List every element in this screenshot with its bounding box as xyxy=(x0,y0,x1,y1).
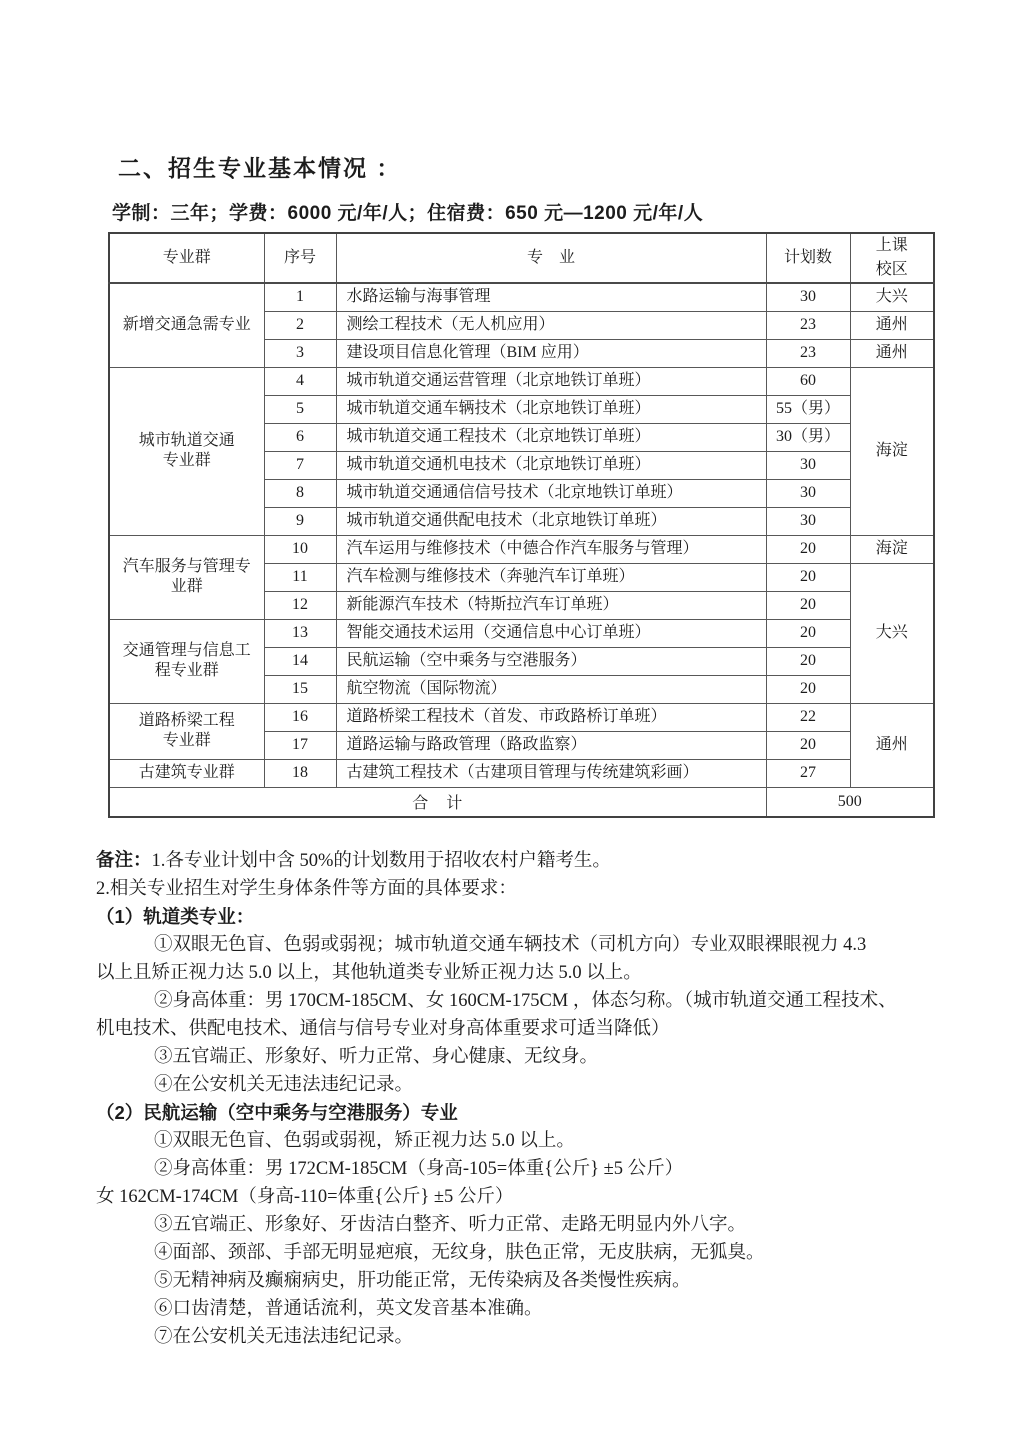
section-title: 二、招生专业基本情况 ： xyxy=(118,150,941,183)
major-name-cell: 新能源汽车技术（特斯拉汽车订单班） xyxy=(336,591,766,619)
major-name-cell: 道路运输与路政管理（路政监察） xyxy=(336,731,766,759)
notes-label: 备注： xyxy=(96,849,152,870)
serial-no-cell: 3 xyxy=(264,339,336,367)
major-group-cell: 古建筑专业群 xyxy=(109,759,264,787)
major-name-cell: 城市轨道交通机电技术（北京地铁订单班） xyxy=(336,451,766,479)
note-line: 2.相关专业招生对学生身体条件等方面的具体要求： xyxy=(96,875,941,903)
campus-cell: 海淀 xyxy=(850,535,934,563)
notes-section: 备注：1.各专业计划中含 50%的计划数用于招收农村户籍考生。 2.相关专业招生… xyxy=(96,846,941,1351)
table-row: 城市轨道交通 专业群4城市轨道交通运营管理（北京地铁订单班）60海淀 xyxy=(109,367,934,395)
plan-count-cell: 30（男） xyxy=(766,423,850,451)
major-name-cell: 民航运输（空中乘务与空港服务） xyxy=(336,647,766,675)
total-row: 合 计 500 xyxy=(109,787,934,817)
serial-no-cell: 13 xyxy=(264,619,336,647)
major-group-cell: 道路桥梁工程 专业群 xyxy=(109,703,264,759)
note-text: 1.各专业计划中含 50%的计划数用于招收农村户籍考生。 xyxy=(152,851,611,871)
note-line: ②身高体重：男 170CM-185CM、女 160CM-175CM ，体态匀称。… xyxy=(96,987,941,1043)
plan-count-cell: 20 xyxy=(766,675,850,703)
major-name-cell: 城市轨道交通车辆技术（北京地铁订单班） xyxy=(336,395,766,423)
major-name-cell: 汽车检测与维修技术（奔驰汽车订单班） xyxy=(336,563,766,591)
total-value: 500 xyxy=(766,787,934,817)
campus-cell: 通州 xyxy=(850,703,934,787)
serial-no-cell: 15 xyxy=(264,675,336,703)
serial-no-cell: 9 xyxy=(264,507,336,535)
major-name-cell: 城市轨道交通供配电技术（北京地铁订单班） xyxy=(336,507,766,535)
major-name-cell: 测绘工程技术（无人机应用） xyxy=(336,311,766,339)
header-major: 专 业 xyxy=(336,233,766,283)
major-name-cell: 道路桥梁工程技术（首发、市政路桥订单班） xyxy=(336,703,766,731)
plan-count-cell: 30 xyxy=(766,479,850,507)
note-line: ③五官端正、形象好、听力正常、身心健康、无纹身。 xyxy=(96,1043,941,1071)
note-line: ⑤无精神病及癫痫病史，肝功能正常，无传染病及各类慢性疾病。 xyxy=(96,1267,941,1295)
note-line: ②身高体重：男 172CM-185CM（身高-105=体重{公斤} ±5 公斤） xyxy=(96,1155,941,1183)
table-row: 汽车服务与管理专 业群10汽车运用与维修技术（中德合作汽车服务与管理）20海淀 xyxy=(109,535,934,563)
total-label: 合 计 xyxy=(109,787,766,817)
note-line: ①双眼无色盲、色弱或弱视；城市轨道交通车辆技术（司机方向）专业双眼裸眼视力 4.… xyxy=(96,931,941,987)
table-row: 古建筑专业群18古建筑工程技术（古建项目管理与传统建筑彩画）27 xyxy=(109,759,934,787)
serial-no-cell: 5 xyxy=(264,395,336,423)
major-group-cell: 城市轨道交通 专业群 xyxy=(109,367,264,535)
major-name-cell: 汽车运用与维修技术（中德合作汽车服务与管理） xyxy=(336,535,766,563)
serial-no-cell: 17 xyxy=(264,731,336,759)
serial-no-cell: 14 xyxy=(264,647,336,675)
fees-line: 学制：三年；学费：6000 元/年/人；住宿费：650 元—1200 元/年/人 xyxy=(112,198,941,225)
enrollment-plan-table: 专业群 序号 专 业 计划数 上课 校区 新增交通急需专业1水路运输与海事管理3… xyxy=(108,232,935,818)
header-campus: 上课 校区 xyxy=(850,233,934,283)
note-line: ⑥口齿清楚，普通话流利，英文发音基本准确。 xyxy=(96,1295,941,1323)
plan-count-cell: 20 xyxy=(766,619,850,647)
plan-count-cell: 30 xyxy=(766,283,850,311)
document-page: 二、招生专业基本情况 ： 学制：三年；学费：6000 元/年/人；住宿费：650… xyxy=(0,0,1024,1351)
campus-cell: 通州 xyxy=(850,339,934,367)
table-row: 新增交通急需专业1水路运输与海事管理30大兴 xyxy=(109,283,934,311)
header-major-group: 专业群 xyxy=(109,233,264,283)
serial-no-cell: 16 xyxy=(264,703,336,731)
plan-count-cell: 22 xyxy=(766,703,850,731)
serial-no-cell: 7 xyxy=(264,451,336,479)
major-name-cell: 智能交通技术运用（交通信息中心订单班） xyxy=(336,619,766,647)
campus-cell: 大兴 xyxy=(850,563,934,703)
major-name-cell: 城市轨道交通运营管理（北京地铁订单班） xyxy=(336,367,766,395)
major-name-cell: 城市轨道交通工程技术（北京地铁订单班） xyxy=(336,423,766,451)
campus-cell: 海淀 xyxy=(850,367,934,535)
plan-count-cell: 23 xyxy=(766,311,850,339)
plan-table-body: 新增交通急需专业1水路运输与海事管理30大兴2测绘工程技术（无人机应用）23通州… xyxy=(109,283,934,787)
note-line: ③五官端正、形象好、牙齿洁白整齐、听力正常、走路无明显内外八字。 xyxy=(96,1211,941,1239)
note-line: ④在公安机关无违法违纪记录。 xyxy=(96,1071,941,1099)
note-line: （2）民航运输（空中乘务与空港服务）专业 xyxy=(96,1099,941,1127)
note-line: ①双眼无色盲、色弱或弱视，矫正视力达 5.0 以上。 xyxy=(96,1127,941,1155)
note-line: （1）轨道类专业： xyxy=(96,903,941,931)
major-name-cell: 城市轨道交通通信信号技术（北京地铁订单班） xyxy=(336,479,766,507)
major-name-cell: 建设项目信息化管理（BIM 应用） xyxy=(336,339,766,367)
major-group-cell: 汽车服务与管理专 业群 xyxy=(109,535,264,619)
major-name-cell: 水路运输与海事管理 xyxy=(336,283,766,311)
serial-no-cell: 10 xyxy=(264,535,336,563)
serial-no-cell: 1 xyxy=(264,283,336,311)
plan-count-cell: 20 xyxy=(766,591,850,619)
campus-cell: 通州 xyxy=(850,311,934,339)
plan-count-cell: 30 xyxy=(766,451,850,479)
major-name-cell: 古建筑工程技术（古建项目管理与传统建筑彩画） xyxy=(336,759,766,787)
plan-count-cell: 30 xyxy=(766,507,850,535)
plan-count-cell: 55（男） xyxy=(766,395,850,423)
plan-count-cell: 20 xyxy=(766,731,850,759)
serial-no-cell: 6 xyxy=(264,423,336,451)
serial-no-cell: 4 xyxy=(264,367,336,395)
serial-no-cell: 11 xyxy=(264,563,336,591)
serial-no-cell: 8 xyxy=(264,479,336,507)
plan-count-cell: 60 xyxy=(766,367,850,395)
campus-cell: 大兴 xyxy=(850,283,934,311)
major-name-cell: 航空物流（国际物流） xyxy=(336,675,766,703)
note-line: 女 162CM-174CM（身高-110=体重{公斤} ±5 公斤） xyxy=(96,1183,941,1211)
serial-no-cell: 12 xyxy=(264,591,336,619)
header-plan-count: 计划数 xyxy=(766,233,850,283)
plan-count-cell: 20 xyxy=(766,535,850,563)
plan-count-cell: 20 xyxy=(766,563,850,591)
serial-no-cell: 18 xyxy=(264,759,336,787)
table-row: 交通管理与信息工 程专业群13智能交通技术运用（交通信息中心订单班）20 xyxy=(109,619,934,647)
note-line: ⑦在公安机关无违法违纪记录。 xyxy=(96,1323,941,1351)
major-group-cell: 新增交通急需专业 xyxy=(109,283,264,367)
note-line: 备注：1.各专业计划中含 50%的计划数用于招收农村户籍考生。 xyxy=(96,846,941,875)
table-row: 道路桥梁工程 专业群16道路桥梁工程技术（首发、市政路桥订单班）22通州 xyxy=(109,703,934,731)
major-group-cell: 交通管理与信息工 程专业群 xyxy=(109,619,264,703)
plan-count-cell: 27 xyxy=(766,759,850,787)
serial-no-cell: 2 xyxy=(264,311,336,339)
header-serial-no: 序号 xyxy=(264,233,336,283)
table-header-row: 专业群 序号 专 业 计划数 上课 校区 xyxy=(109,233,934,283)
note-line: ④面部、颈部、手部无明显疤痕，无纹身，肤色正常，无皮肤病，无狐臭。 xyxy=(96,1239,941,1267)
plan-count-cell: 20 xyxy=(766,647,850,675)
plan-count-cell: 23 xyxy=(766,339,850,367)
